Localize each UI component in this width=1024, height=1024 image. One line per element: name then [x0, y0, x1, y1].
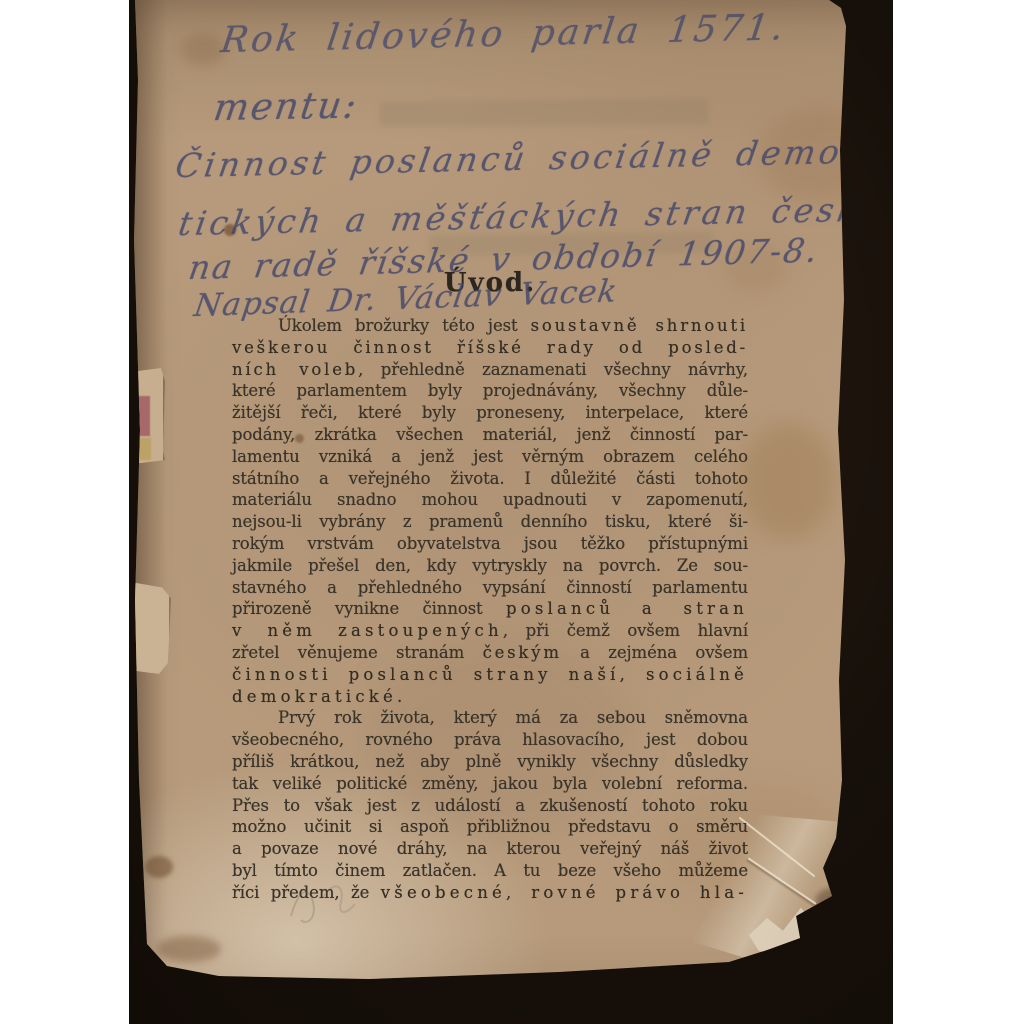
printed-text-segment: materiálu snadno mohou upadnouti v zapom…	[232, 490, 748, 509]
repair-tab-yellow-mark	[139, 438, 151, 460]
printed-line: příliš krátkou, než aby plně vynikly vše…	[232, 751, 748, 773]
letterspaced-text: všeobecné, rovné právo hla-	[381, 883, 748, 902]
stain	[157, 936, 221, 962]
printed-text-segment: tak veliké politické změny, jakou byla v…	[232, 774, 748, 793]
printed-line: jakmile přešel den, kdy vytryskly na pov…	[232, 555, 748, 577]
letterspaced-text: demokratické.	[232, 687, 406, 706]
printed-line: v něm zastoupených, při čemž ovšem hlavn…	[232, 620, 748, 642]
letterspaced-text: českým	[483, 643, 562, 662]
edge-crease	[844, 572, 852, 606]
printed-line: možno učinit si aspoň přibližnou předsta…	[232, 816, 748, 838]
printed-text-block: Úvod. Úkolem brožurky této jest soustavn…	[232, 268, 748, 904]
printed-text-segment: státního a veřejného života. I důležité …	[232, 469, 748, 488]
handwritten-annotation: Činnost poslanců sociálně demokra	[173, 131, 893, 185]
handwritten-annotation: mentu:	[211, 83, 361, 129]
printed-text-segment: žitější řeči, které byly proneseny, inte…	[232, 403, 748, 422]
stain	[145, 856, 173, 878]
printed-text-segment: zřetel věnujeme stranám	[232, 643, 483, 662]
pencil-mark	[279, 868, 369, 938]
printed-line: činnosti poslanců strany naší, sociálně	[232, 664, 748, 686]
printed-line: podány, zkrátka všechen materiál, jenž č…	[232, 424, 748, 446]
stain	[741, 424, 836, 539]
ghost-print	[379, 98, 709, 127]
printed-text-segment: a zejména ovšem	[562, 643, 748, 662]
printed-text-segment: a povaze nové dráhy, na kterou veřejný n…	[232, 839, 748, 858]
printed-line: zřetel věnujeme stranám českým a zejména…	[232, 642, 748, 664]
printed-line: nejsou-li vybrány z pramenů denního tisk…	[232, 511, 748, 533]
printed-line: všeobecného, rovného práva hlasovacího, …	[232, 729, 748, 751]
book-page: Úvod. Úkolem brožurky této jest soustavn…	[129, 0, 893, 1024]
printed-line: demokratické.	[232, 686, 748, 708]
printed-text-segment: možno učinit si aspoň přibližnou předsta…	[232, 817, 748, 836]
printed-text-segment: Přes to však jest z událostí a zkušenost…	[232, 796, 748, 815]
printed-text-segment: stavného a přehledného vypsání činností …	[232, 578, 748, 597]
printed-line: Přes to však jest z událostí a zkušenost…	[232, 795, 748, 817]
spine-repair-tab	[131, 582, 171, 674]
letterspaced-text: veškerou činnost říšské rady od posled-	[232, 338, 748, 357]
letterspaced-text: v něm zastoupených	[232, 621, 503, 640]
repair-tab-red-mark	[137, 396, 150, 436]
printed-line: Prvý rok života, který má za sebou sněmo…	[232, 707, 748, 729]
printed-line: ních voleb, přehledně zaznamenati všechn…	[232, 359, 748, 381]
letterspaced-text: ních voleb	[232, 360, 358, 379]
handwritten-annotation: Rok lidového parla 1571.	[218, 7, 788, 61]
printed-line: lamentu vzniká a jenž jest věrným obraze…	[232, 446, 748, 468]
printed-line: tak veliké politické změny, jakou byla v…	[232, 773, 748, 795]
printed-text-segment: rokým vrstvám obyvatelstva jsou těžko př…	[232, 534, 748, 553]
printed-text-segment: lamentu vzniká a jenž jest věrným obraze…	[232, 447, 748, 466]
printed-text-segment: příliš krátkou, než aby plně vynikly vše…	[232, 752, 748, 771]
printed-line: které parlamentem byly projednávány, vše…	[232, 380, 748, 402]
letterspaced-text: činnosti poslanců strany naší, sociálně	[232, 665, 748, 684]
printed-line: a povaze nové dráhy, na kterou veřejný n…	[232, 838, 748, 860]
photo-backdrop: Úvod. Úkolem brožurky této jest soustavn…	[129, 0, 893, 1024]
printed-line: rokým vrstvám obyvatelstva jsou těžko př…	[232, 533, 748, 555]
printed-line: veškerou činnost říšské rady od posled-	[232, 337, 748, 359]
spine-repair-tab	[131, 368, 165, 464]
printed-text-segment: Prvý rok života, který má za sebou sněmo…	[278, 708, 748, 727]
printed-line: žitější řeči, které byly proneseny, inte…	[232, 402, 748, 424]
printed-line: materiálu snadno mohou upadnouti v zapom…	[232, 489, 748, 511]
printed-text-segment: podány, zkrátka všechen materiál, jenž č…	[232, 425, 748, 444]
printed-text-segment: nejsou-li vybrány z pramenů denního tisk…	[232, 512, 748, 531]
printed-text: Úkolem brožurky této jest soustavně shrn…	[232, 315, 748, 904]
printed-text-segment: , při čemž ovšem hlavní	[503, 621, 748, 640]
printed-text-segment: které parlamentem byly projednávány, vše…	[232, 381, 748, 400]
printed-text-segment: všeobecného, rovného práva hlasovacího, …	[232, 730, 748, 749]
stain	[181, 34, 225, 66]
letterspaced-text: poslanců a stran	[506, 599, 748, 618]
printed-text-segment: , přehledně zaznamenati všechny návrhy,	[358, 360, 748, 379]
edge-crease	[839, 423, 858, 460]
letterspaced-text: soustavně shrnouti	[531, 316, 748, 335]
printed-line: stavného a přehledného vypsání činností …	[232, 577, 748, 599]
printed-line: státního a veřejného života. I důležité …	[232, 468, 748, 490]
printed-text-segment: jakmile přešel den, kdy vytryskly na pov…	[232, 556, 748, 575]
printed-line: přirozeně vynikne činnost poslanců a str…	[232, 598, 748, 620]
printed-text-segment: přirozeně vynikne činnost	[232, 599, 506, 618]
